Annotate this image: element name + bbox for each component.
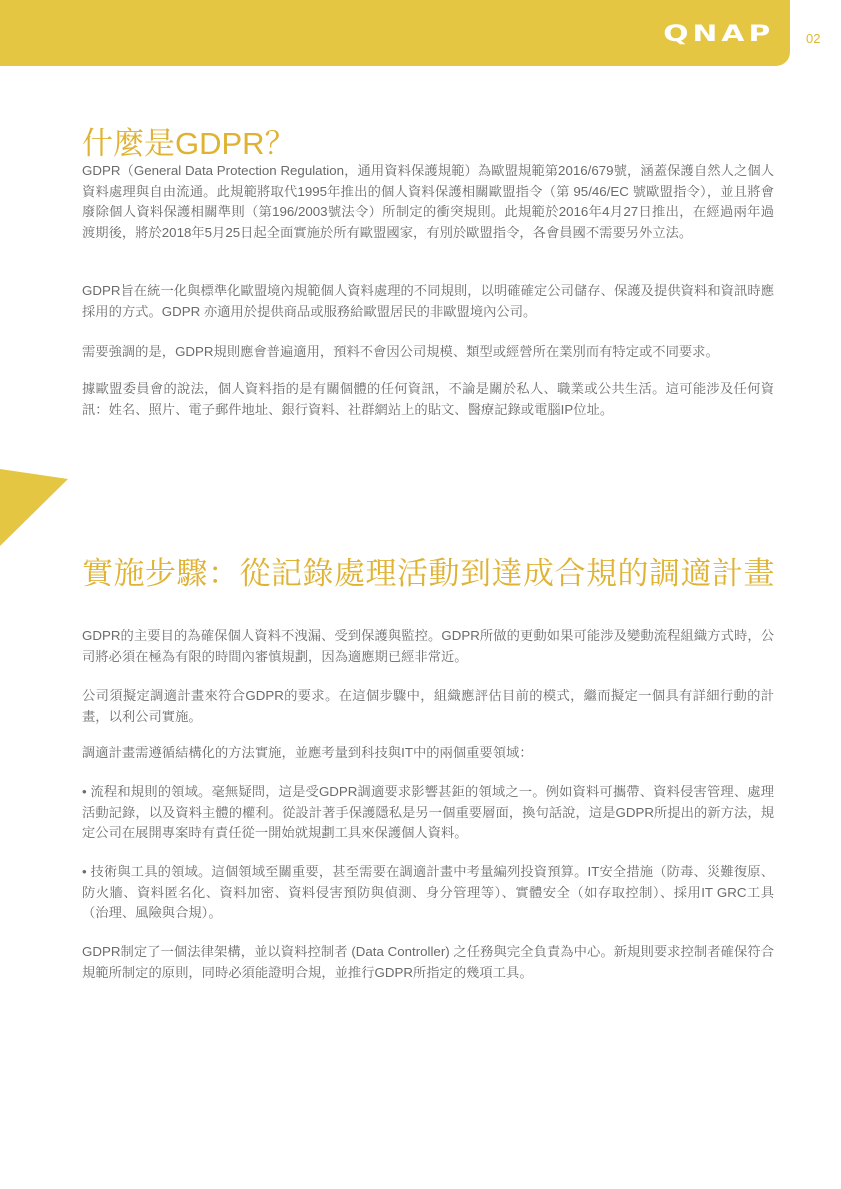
paragraph-personal-data: 據歐盟委員會的說法，個人資料指的是有關個體的任何資訊，不論是關於私人、職業或公共… xyxy=(82,379,774,420)
triangle-shape-icon xyxy=(0,469,70,549)
paragraph-two-areas: 調適計畫需遵循結構化的方法實施，並應考量到科技與IT中的兩個重要領域： xyxy=(82,743,774,764)
section-title-implementation-steps: 實施步驟：從記錄處理活動到達成合規的調適計畫 xyxy=(82,548,775,593)
paragraph-gdpr-universal: 需要強調的是，GDPR規則應會普遍適用，預料不會因公司規模、類型或經營所在業別而… xyxy=(82,342,774,363)
paragraph-main-purpose: GDPR的主要目的為確保個人資料不洩漏、受到保護與監控。GDPR所做的更動如果可… xyxy=(82,626,774,667)
paragraph-gdpr-definition: GDPR（General Data Protection Regulation，… xyxy=(82,161,774,243)
bullet-tech-tools: • 技術與工具的領域。這個領域至關重要，甚至需要在調適計畫中考量編列投資預算。I… xyxy=(82,862,774,924)
bullet-process-rules: • 流程和規則的領域。毫無疑問，這是受GDPR調適要求影響甚鉅的領域之一。例如資… xyxy=(82,782,774,844)
paragraph-legal-framework: GDPR制定了一個法律架構，並以資料控制者 (Data Controller) … xyxy=(82,942,774,983)
qnap-logo: QNAP xyxy=(663,22,774,47)
page-number: 02 xyxy=(806,31,820,46)
paragraph-gdpr-purpose: GDPR旨在統一化與標準化歐盟境內規範個人資料處理的不同規則，以明確確定公司儲存… xyxy=(82,281,774,322)
header-bar: QNAP xyxy=(0,0,790,66)
paragraph-adaptation-plan: 公司須擬定調適計畫來符合GDPR的要求。在這個步驟中，組織應評估目前的模式，繼而… xyxy=(82,686,774,727)
section-title-what-is-gdpr: 什麼是GDPR？ xyxy=(82,118,296,163)
